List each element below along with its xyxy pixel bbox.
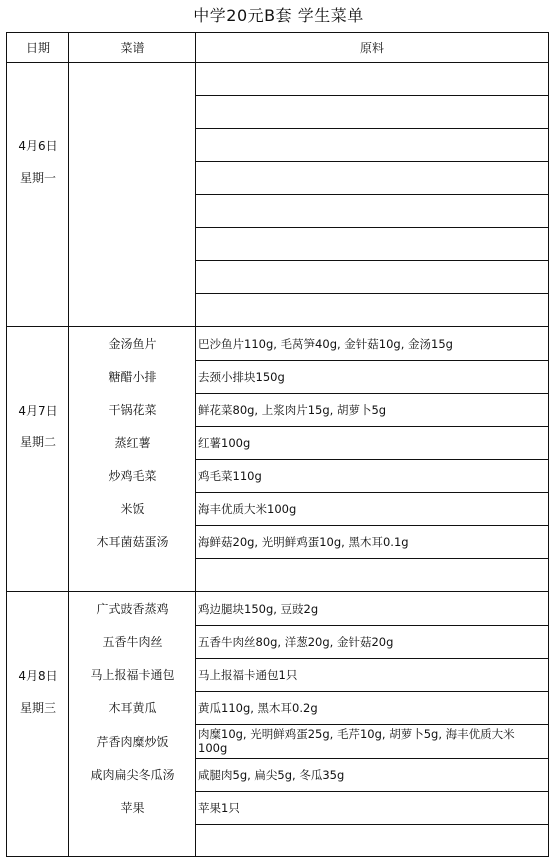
ingredient-cell: 鸡毛菜110g xyxy=(198,469,548,483)
row-line xyxy=(195,426,548,427)
row-line xyxy=(195,824,548,825)
ingredient-cell: 鲜花菜80g, 上浆肉片15g, 胡萝卜5g xyxy=(198,403,548,417)
row-line xyxy=(195,525,548,526)
row-line xyxy=(195,558,548,559)
ingredient-cell: 去颈小排块150g xyxy=(198,370,548,384)
row-line xyxy=(195,393,548,394)
row-line xyxy=(195,227,548,228)
row-line xyxy=(195,161,548,162)
dish-name: 蒸红薯 xyxy=(69,436,196,450)
row-line xyxy=(195,724,548,725)
ingredient-cell: 咸腿肉5g, 扁尖5g, 冬瓜35g xyxy=(198,768,548,782)
day-separator xyxy=(7,326,548,327)
day-separator xyxy=(7,591,548,592)
row-line xyxy=(195,194,548,195)
dish-name: 炒鸡毛菜 xyxy=(69,469,196,483)
row-line xyxy=(195,492,548,493)
ingredient-cell: 肉糜10g, 光明鲜鸡蛋25g, 毛芹10g, 胡萝卜5g, 海丰优质大米100… xyxy=(198,727,543,755)
day-weekday: 星期三 xyxy=(7,701,69,715)
ingredient-cell: 黄瓜110g, 黑木耳0.2g xyxy=(198,701,548,715)
ingredient-cell: 苹果1只 xyxy=(198,801,548,815)
ingredient-cell: 红薯100g xyxy=(198,436,548,450)
header-ingredients: 原料 xyxy=(196,33,548,63)
row-line xyxy=(195,260,548,261)
row-line xyxy=(195,95,548,96)
ingredient-cell: 巴沙鱼片110g, 毛莴笋40g, 金针菇10g, 金汤15g xyxy=(198,337,548,351)
row-line xyxy=(195,459,548,460)
dish-name: 木耳菌菇蛋汤 xyxy=(69,535,196,549)
row-line xyxy=(195,791,548,792)
dish-name: 苹果 xyxy=(69,801,196,815)
header-dish: 菜谱 xyxy=(69,33,196,63)
row-line xyxy=(195,128,548,129)
dish-name: 金汤鱼片 xyxy=(69,337,196,351)
day-date: 4月8日 xyxy=(7,669,69,683)
row-line xyxy=(195,625,548,626)
ingredient-cell: 马上报福卡通包1只 xyxy=(198,668,548,682)
row-line xyxy=(195,691,548,692)
header-separator xyxy=(7,62,548,63)
dish-name: 马上报福卡通包 xyxy=(69,668,196,682)
day-weekday: 星期一 xyxy=(7,171,69,185)
day-date: 4月7日 xyxy=(7,404,69,418)
day-date: 4月6日 xyxy=(7,139,69,153)
row-line xyxy=(195,758,548,759)
dish-name: 芹香肉糜炒饭 xyxy=(69,735,196,749)
dish-name: 广式豉香蒸鸡 xyxy=(69,602,196,616)
dish-name: 米饭 xyxy=(69,502,196,516)
dish-name: 干锅花菜 xyxy=(69,403,196,417)
dish-name: 五香牛肉丝 xyxy=(69,635,196,649)
ingredient-cell: 海鲜菇20g, 光明鲜鸡蛋10g, 黑木耳0.1g xyxy=(198,535,548,549)
menu-title: 中学20元B套 学生菜单 xyxy=(0,4,557,28)
row-line xyxy=(195,360,548,361)
dish-name: 咸肉扁尖冬瓜汤 xyxy=(69,768,196,782)
ingredient-cell: 鸡边腿块150g, 豆豉2g xyxy=(198,602,548,616)
day-weekday: 星期二 xyxy=(7,435,69,449)
ingredient-cell: 五香牛肉丝80g, 洋葱20g, 金针菇20g xyxy=(198,635,548,649)
menu-table: 日期 菜谱 原料 4月6日 星期一 4月7日 星期二 金汤鱼片 糖醋小排 干锅花… xyxy=(6,32,549,857)
dish-name: 木耳黄瓜 xyxy=(69,701,196,715)
row-line xyxy=(195,293,548,294)
row-line xyxy=(195,658,548,659)
dish-name: 糖醋小排 xyxy=(69,370,196,384)
ingredient-cell: 海丰优质大米100g xyxy=(198,502,548,516)
header-date: 日期 xyxy=(7,33,69,63)
